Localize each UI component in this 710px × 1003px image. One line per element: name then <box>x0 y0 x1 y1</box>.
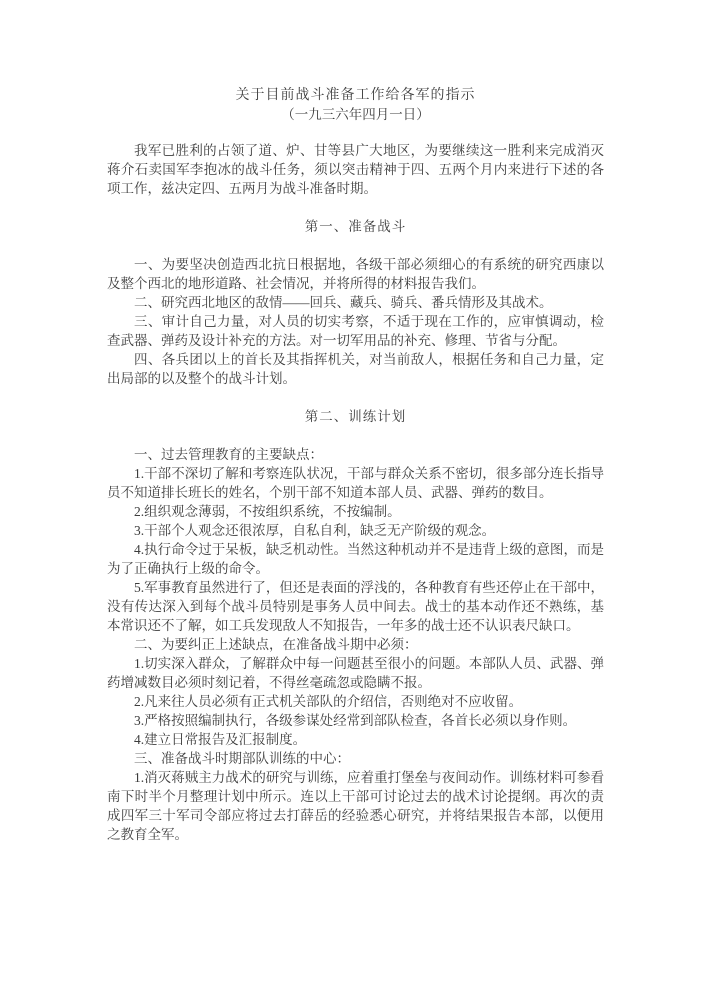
paragraph: 四、各兵团以上的首长及其指挥机关，对当前敌人，根据任务和自己力量，定出局部的以及… <box>107 350 604 388</box>
paragraph: 2.凡来往人员必须有正式机关部队的介绍信，否则绝对不应收留。 <box>107 692 604 711</box>
section-1-heading: 第一、准备战斗 <box>107 217 604 236</box>
paragraph: 1.切实深入群众，了解群众中每一问题甚至很小的问题。本部队人员、武器、弹药增减数… <box>107 654 604 692</box>
paragraph: 1.干部不深切了解和考察连队状况，干部与群众关系不密切，很多部分连长指导员不知道… <box>107 464 604 502</box>
paragraph: 三、准备战斗时期部队训练的中心： <box>107 749 604 768</box>
document-page: 关于目前战斗准备工作给各军的指示 （一九三六年四月一日） 我军已胜利的占领了道、… <box>0 0 710 1003</box>
document-title: 关于目前战斗准备工作给各军的指示 <box>107 86 604 105</box>
paragraph: 一、过去管理教育的主要缺点： <box>107 445 604 464</box>
intro-paragraph: 我军已胜利的占领了道、炉、甘等县广大地区，为要继续这一胜利来完成消灭蒋介石卖国军… <box>107 141 604 198</box>
document-date: （一九三六年四月一日） <box>107 105 604 124</box>
document-content: 关于目前战斗准备工作给各军的指示 （一九三六年四月一日） 我军已胜利的占领了道、… <box>107 86 604 844</box>
paragraph: 4.建立日常报告及汇报制度。 <box>107 730 604 749</box>
paragraph: 三、审计自己力量，对人员的切实考察，不适于现在工作的，应审慎调动，检查武器、弹药… <box>107 312 604 350</box>
paragraph: 二、为要纠正上述缺点，在准备战斗期中必须： <box>107 635 604 654</box>
paragraph: 3.严格按照编制执行，各级参谋处经常到部队检查，各首长必须以身作则。 <box>107 711 604 730</box>
paragraph: 2.组织观念薄弱，不按组织系统，不按编制。 <box>107 502 604 521</box>
paragraph: 1.消灭蒋贼主力战术的研究与训练，应着重打堡垒与夜间动作。训练材料可参看南下时半… <box>107 768 604 844</box>
paragraph: 二、研究西北地区的敌情——回兵、藏兵、骑兵、番兵情形及其战术。 <box>107 293 604 312</box>
paragraph: 5.军事教育虽然进行了，但还是表面的浮浅的，各种教育有些还停止在干部中，没有传达… <box>107 578 604 635</box>
section-2-heading: 第二、训练计划 <box>107 407 604 426</box>
paragraph: 一、为要坚决创造西北抗日根据地，各级干部必须细心的有系统的研究西康以及整个西北的… <box>107 255 604 293</box>
paragraph: 4.执行命令过于呆板，缺乏机动性。当然这种机动并不是违背上级的意图，而是为了正确… <box>107 540 604 578</box>
paragraph: 3.干部个人观念还很浓厚，自私自利，缺乏无产阶级的观念。 <box>107 521 604 540</box>
